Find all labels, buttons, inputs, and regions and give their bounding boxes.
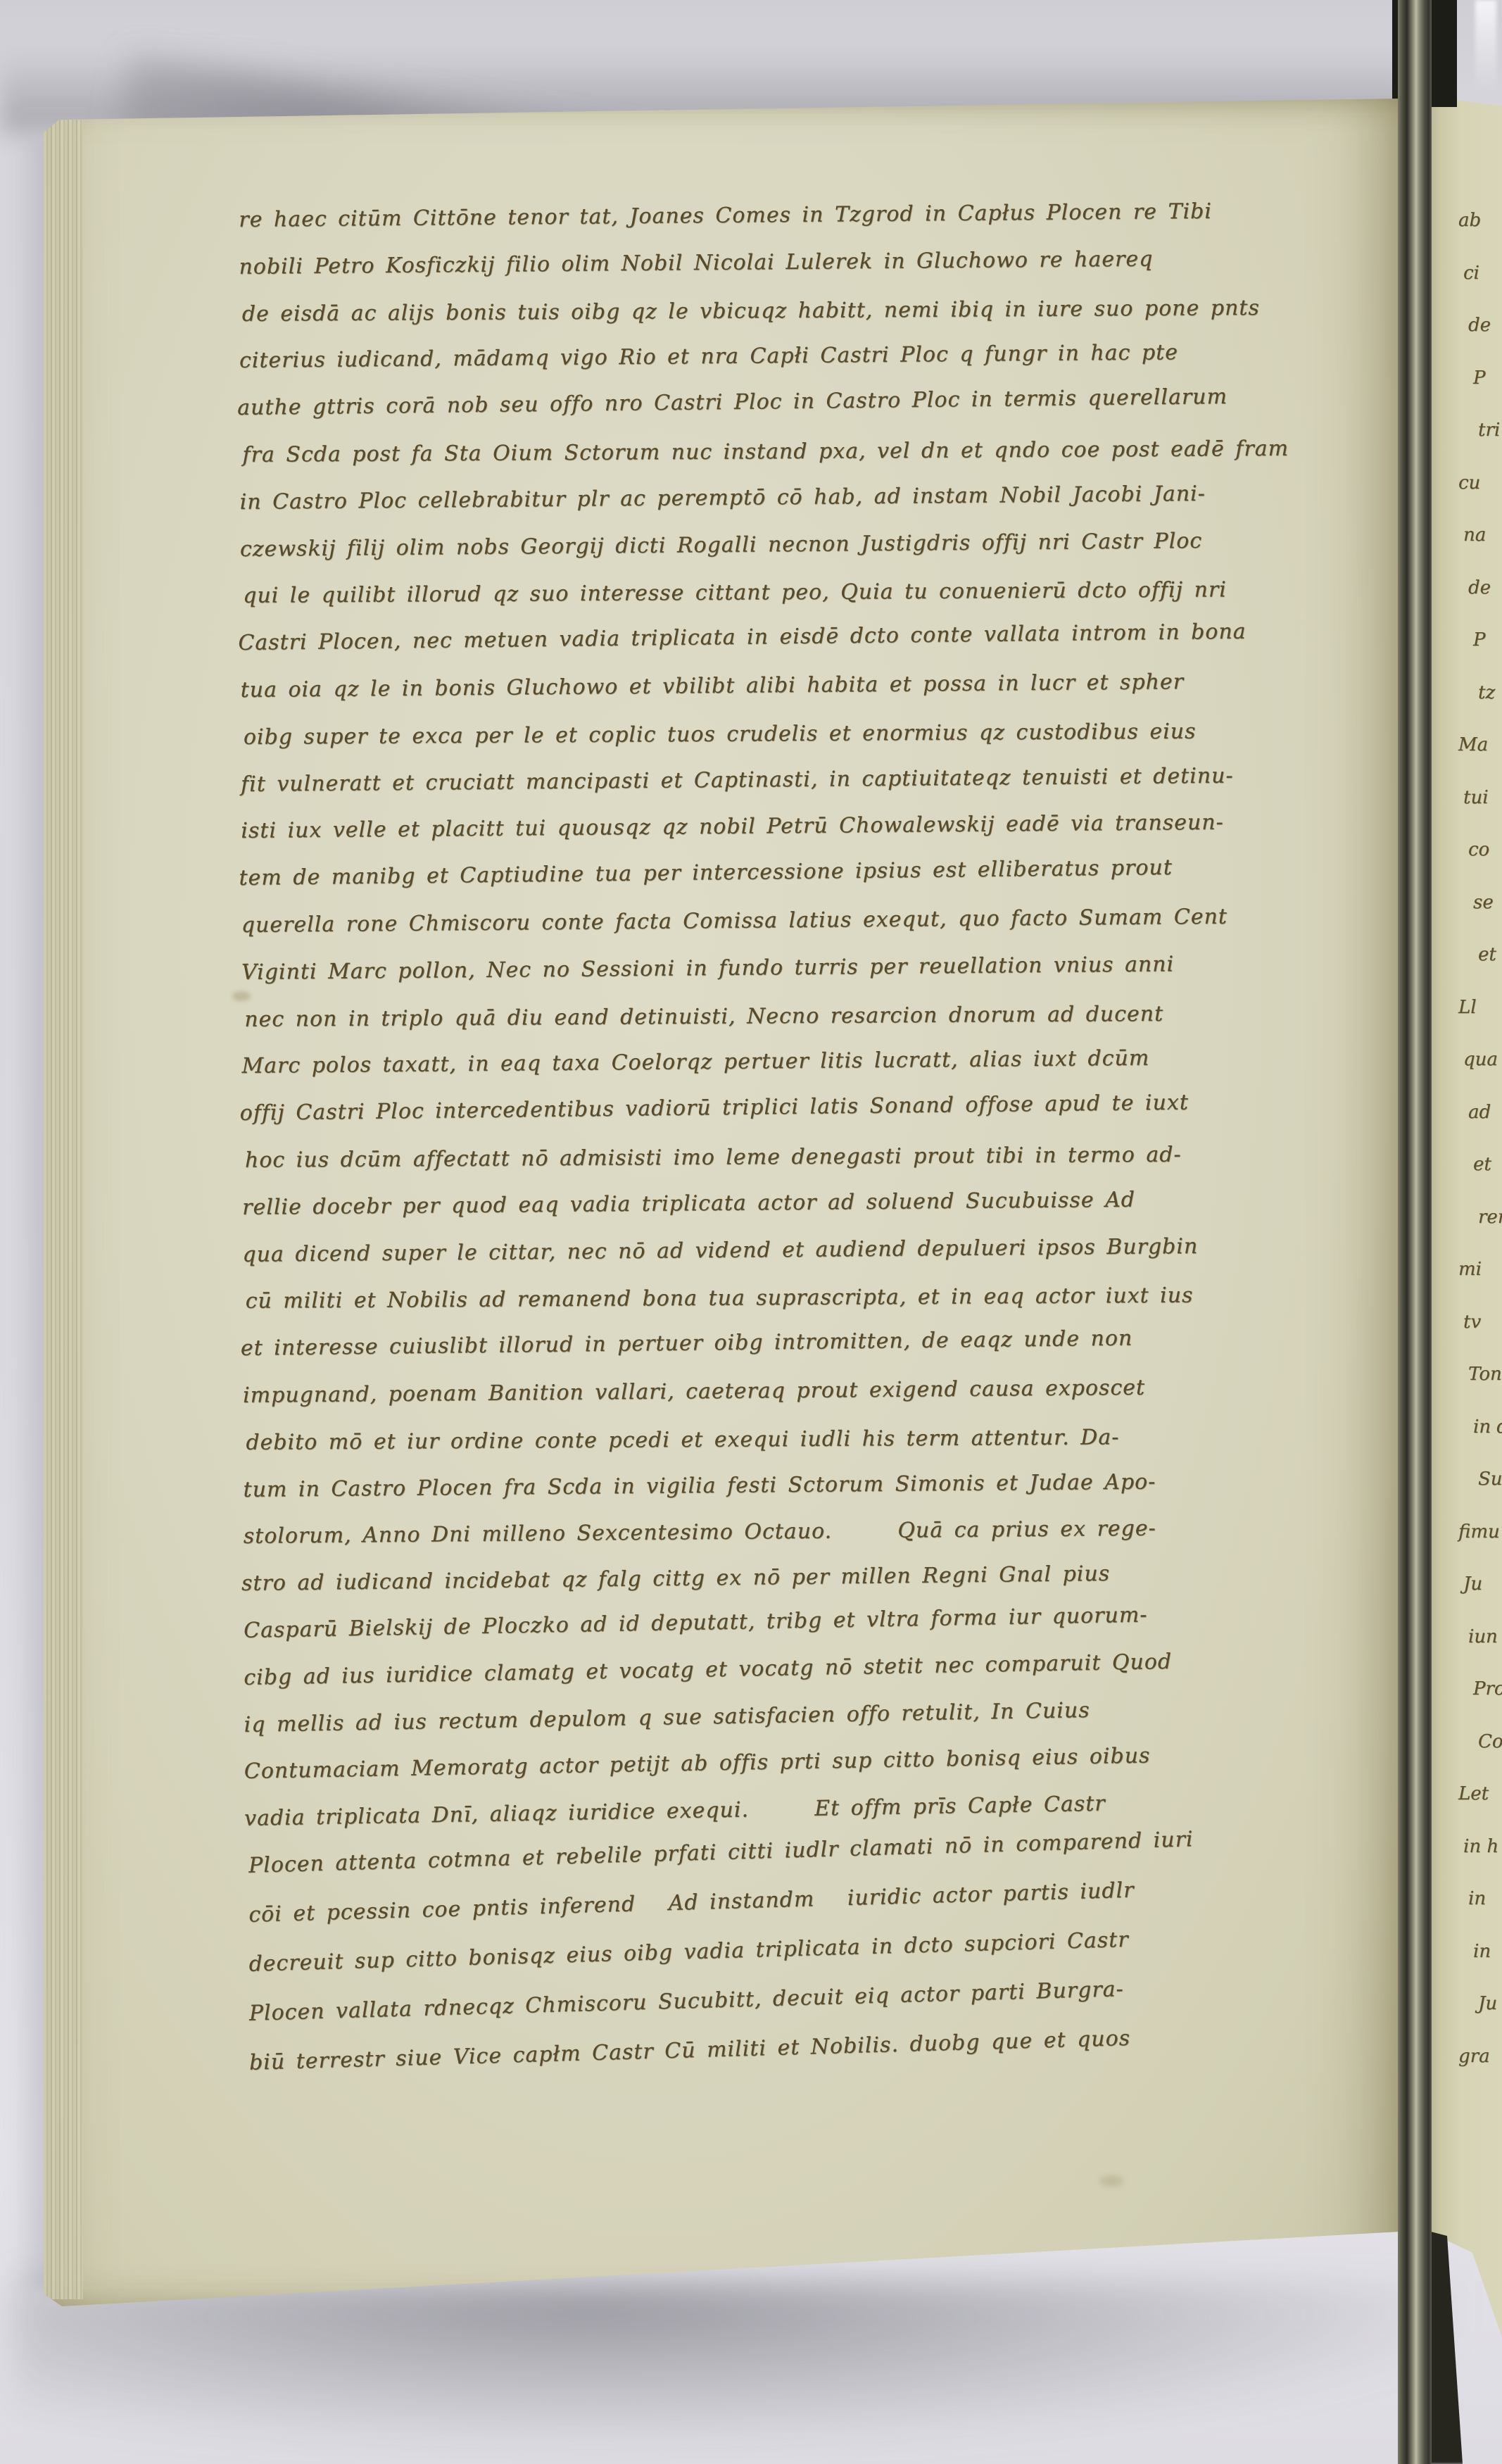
page-stack-edges	[44, 120, 83, 2299]
manuscript-line: czewskij filij olim nobs Georgij dicti R…	[240, 527, 1360, 584]
facing-page-fragment: in	[1468, 1888, 1486, 1909]
facing-page-fragment: ci	[1463, 263, 1479, 284]
facing-page-fragment: qua	[1463, 1049, 1498, 1070]
paper-stain	[1099, 2175, 1123, 2187]
facing-page-fragment: cu	[1458, 472, 1480, 494]
facing-page-fragment: de	[1468, 315, 1491, 336]
facing-page-fragment: mi	[1458, 1259, 1482, 1280]
facing-page-fragment: Pro	[1473, 1678, 1502, 1699]
page-holder-rod	[1398, 0, 1432, 2464]
facing-page-fragment: tv	[1463, 1312, 1481, 1333]
facing-page-fragment: iun	[1468, 1626, 1498, 1647]
facing-page-fragment: ad	[1468, 1102, 1491, 1123]
facing-page-fragment: gra	[1458, 2046, 1490, 2067]
facing-page: abcidePtricunadePtzMatuicoseetLlquaadetr…	[1429, 97, 1502, 2339]
facing-page-fragment: Su	[1478, 1469, 1502, 1490]
facing-page-fragment: et	[1478, 944, 1496, 965]
facing-page-fragment: ab	[1458, 210, 1481, 231]
facing-page-fragment: Cole	[1478, 1731, 1502, 1752]
facing-page-fragment: Ju	[1478, 1993, 1497, 2014]
facing-page-fragment: co	[1468, 839, 1489, 860]
facing-page-fragment: Ma	[1458, 734, 1488, 755]
manuscript-page: re haec citūm Cittōne tenor tat, Joanes …	[44, 99, 1399, 2309]
facing-page-fragment: tri	[1478, 420, 1500, 441]
manuscript-line: qua dicend super le cittar, nec nō ad vi…	[242, 1232, 1362, 1289]
facing-page-fragment: et	[1473, 1154, 1491, 1175]
facing-page-fragment: se	[1473, 892, 1494, 913]
background-highlight	[1475, 0, 1496, 92]
facing-page-fragment: Ju	[1463, 1573, 1482, 1595]
facing-page-fragment: Ll	[1458, 997, 1477, 1018]
facing-page-fragment: Let	[1458, 1783, 1489, 1804]
manuscript-line: tua oia qz le in bonis Gluchowo et vbili…	[240, 668, 1360, 725]
facing-page-fragment: in d	[1473, 1416, 1502, 1438]
facing-page-fragment: in	[1473, 1941, 1491, 1962]
scan-background: abcidePtricunadePtzMatuicoseetLlquaadetr…	[0, 0, 1502, 2464]
facing-page-fragment: de	[1468, 577, 1491, 598]
facing-page-fragment: fimu	[1458, 1521, 1500, 1542]
facing-page-fragment: tz	[1478, 682, 1495, 703]
facing-page-fragment: tui	[1463, 787, 1489, 808]
book-bottom-shadow	[14, 2281, 1457, 2443]
facing-page-fragment: na	[1463, 524, 1486, 546]
manuscript-line: impugnand, poenam Banition vallari, caet…	[243, 1374, 1363, 1431]
facing-page-fragment: P	[1473, 629, 1486, 650]
manuscript-line: nobili Petro Kosficzkij filio olim Nobil…	[239, 245, 1358, 302]
facing-page-fragment: P	[1473, 367, 1486, 389]
facing-page-fragment: rem	[1478, 1207, 1502, 1228]
manuscript-line: Viginti Marc pollon, Nec no Sessioni in …	[241, 950, 1361, 1007]
manuscript-text: re haec citūm Cittōne tenor tat, Joanes …	[239, 203, 1364, 2099]
facing-page-fragment: in h	[1463, 1836, 1498, 1857]
facing-page-fragment: Toni	[1468, 1364, 1502, 1385]
